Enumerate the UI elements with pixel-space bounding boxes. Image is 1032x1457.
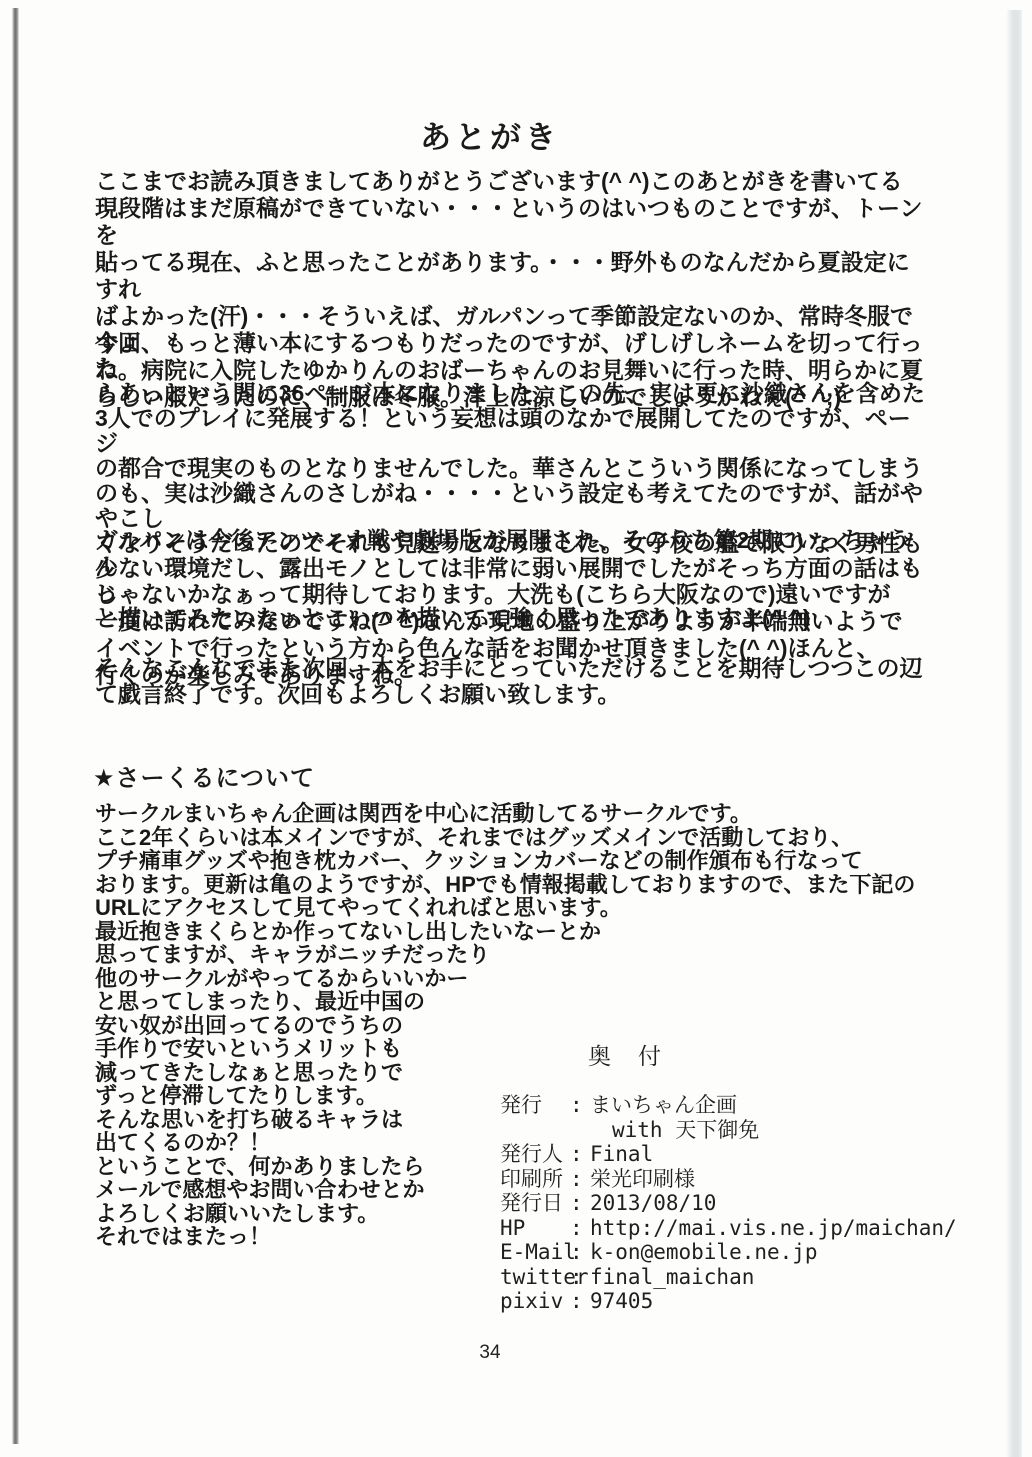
scanned-afterword-page: あとがき ここまでお読み頂きましてありがとうございます(^ ^)このあとがきを書…	[0, 0, 1032, 1457]
colophon-homepage-url: http://mai.vis.ne.jp/maichan/	[590, 1216, 957, 1241]
colophon-pixiv-id: 97405	[590, 1289, 653, 1314]
circle-section-heading: ★さーくるについて	[93, 758, 315, 793]
page-title: あとがき	[85, 112, 895, 157]
colophon-email-address: k-on@emobile.ne.jp	[590, 1240, 818, 1265]
colophon-block: 奥 付 発行:まいちゃん企画 with 天下御免 発行人:Final 印刷所:栄…	[500, 1038, 940, 1314]
page-number: 34	[440, 1342, 540, 1364]
colophon-value: 栄光印刷様	[590, 1167, 695, 1192]
colophon-row-email: E-Mail:k-on@emobile.ne.jp	[500, 1240, 940, 1265]
colophon-row-pixiv: pixiv:97405	[500, 1289, 940, 1314]
colophon-label: twitter	[500, 1265, 570, 1290]
colophon-value: 2013/08/10	[590, 1191, 716, 1216]
colophon-twitter-handle: final_maichan	[590, 1265, 754, 1290]
colophon-row-printer: 印刷所:栄光印刷様	[500, 1167, 940, 1192]
colophon-value: Final	[590, 1142, 653, 1167]
colophon-label: E-Mail	[500, 1240, 570, 1265]
colophon-row-homepage: HP:http://mai.vis.ne.jp/maichan/	[500, 1216, 940, 1241]
colophon-value: with 天下御免	[590, 1118, 759, 1143]
afterword-paragraph-4: そんなこんなでまた次回、本をお手にとっていただけることを期待しつつこの辺 て戯言…	[95, 655, 925, 707]
scan-paper-edge	[1006, 10, 1022, 1457]
colophon-label: 印刷所	[500, 1167, 570, 1192]
scan-binding-line	[12, 8, 19, 1444]
colophon-label: 発行日	[500, 1191, 570, 1216]
colophon-label: 発行人	[500, 1142, 570, 1167]
colophon-label	[500, 1118, 570, 1143]
colophon-row-publisher: 発行:まいちゃん企画	[500, 1093, 940, 1118]
colophon-row-twitter: twitter:final_maichan	[500, 1265, 940, 1290]
colophon-heading: 奥 付	[500, 1038, 940, 1071]
colophon-label: 発行	[500, 1093, 570, 1118]
colophon-value: まいちゃん企画	[590, 1093, 737, 1118]
colophon-row-issuer: 発行人:Final	[500, 1142, 940, 1167]
colophon-label: HP	[500, 1216, 570, 1241]
colophon-row-publisher-with: with 天下御免	[500, 1118, 940, 1143]
colophon-label: pixiv	[500, 1289, 570, 1314]
colophon-row-date: 発行日:2013/08/10	[500, 1191, 940, 1216]
